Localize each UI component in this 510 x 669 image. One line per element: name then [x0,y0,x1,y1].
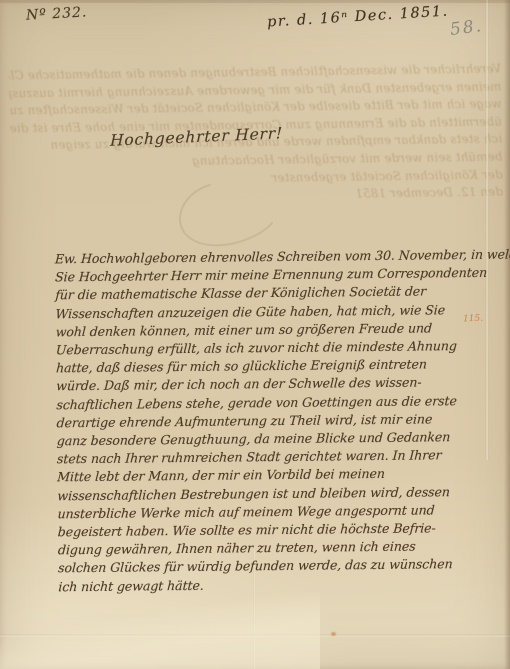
letter-body: Ew. Hochwohlgeboren ehrenvolles Schreibe… [54,246,500,596]
received-date-note: pr. d. 16ⁿ Dec. 1851. [267,3,449,30]
pencil-flourish [140,183,290,258]
paper-discoloration [0,592,320,669]
paper-edge-shadow-top [0,0,510,3]
letter-page: Verehrlicher die wissenschaftlichen Best… [0,0,510,669]
folio-page-number: 58. [449,16,484,40]
archive-number: Nº 232. [26,4,88,23]
paper-edge-shadow [504,0,510,669]
handwriting-line: ich nicht gewagt hätte. [58,573,501,596]
foxing-spot [331,632,336,636]
